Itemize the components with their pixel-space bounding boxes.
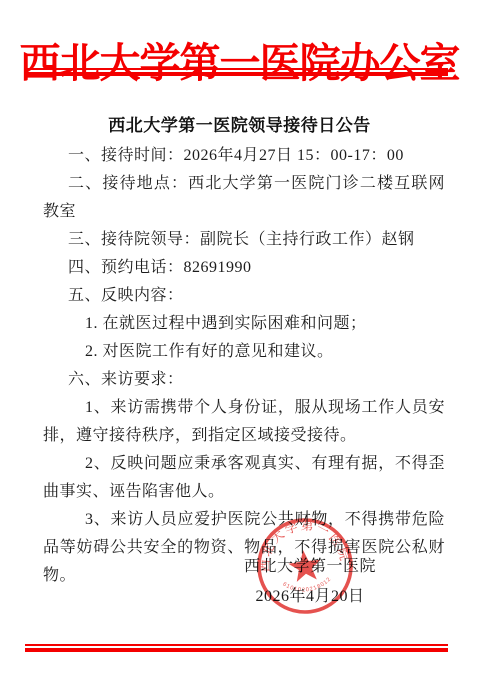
notice-title: 西北大学第一医院领导接待日公告 [0,111,479,136]
document-page: 西北大学第一医院办公室 西北大学第一医院领导接待日公告 一、接待时间：2026年… [0,0,479,680]
item-reception-leader: 三、接待院领导：副院长（主持行政工作）赵钢 [43,226,445,254]
footer-double-rule [25,644,448,652]
visit-requirement-2: 2、反映问题应秉承客观真实、有理有据，不得歪曲事实、诬告陷害他人。 [43,450,445,506]
notice-body: 一、接待时间：2026年4月27日 15：00-17：00 二、接待地点：西北大… [43,142,445,590]
item-booking-phone: 四、预约电话：82691990 [43,254,445,282]
seal-code: 6101020218012 [281,576,334,597]
letterhead-banner: 西北大学第一医院办公室 [0,39,479,87]
feedback-sub-item-1: 1. 在就医过程中遇到实际困难和问题； [43,310,445,338]
seal-star-icon [287,548,323,583]
item-reception-time: 一、接待时间：2026年4月27日 15：00-17：00 [43,142,445,170]
visit-requirement-1: 1、来访需携带个人身份证，服从现场工作人员安排，遵守接待秩序，到指定区域接受接待… [43,394,445,450]
official-seal: 西北大学第一医院 6101020218012 [249,510,360,621]
feedback-sub-item-2: 2. 对医院工作有好的意见和建议。 [43,338,445,366]
item-feedback-heading: 五、反映内容： [43,282,445,310]
header-double-rule [25,68,448,76]
item-visit-requirements-heading: 六、来访要求： [43,366,445,394]
item-reception-place: 二、接待地点：西北大学第一医院门诊二楼互联网教室 [43,170,445,226]
